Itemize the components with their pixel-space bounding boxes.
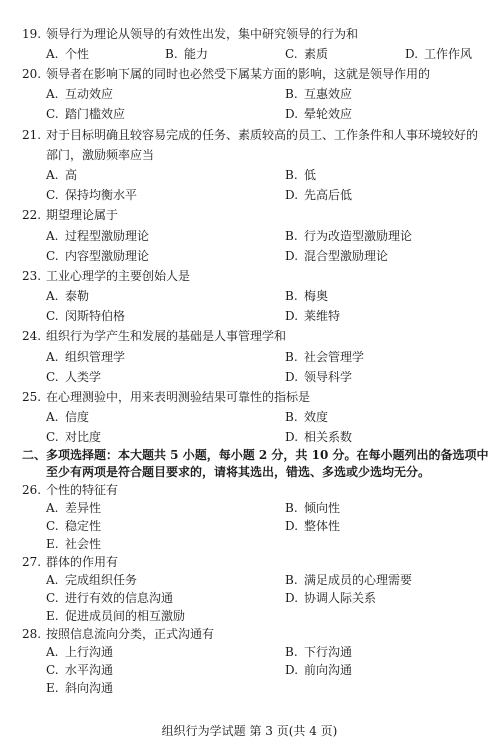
question-number: 25. xyxy=(22,389,41,405)
question-21-continued: 部门，激励频率应当 xyxy=(0,147,499,163)
options-row: C.稳定性 D.整体性 xyxy=(0,518,499,534)
question-24: 24. 组织行为学产生和发展的基础是人事管理学和 xyxy=(0,328,499,344)
option-d: D.协调人际关系 xyxy=(285,590,376,606)
options-row: A.完成组织任务 B.满足成员的心理需要 xyxy=(0,572,499,588)
option-d: D.领导科学 xyxy=(285,369,352,385)
options-row: C.内容型激励理论 D.混合型激励理论 xyxy=(0,248,499,264)
question-number: 28. xyxy=(22,626,41,642)
question-text-continued: 部门，激励频率应当 xyxy=(46,147,154,163)
section-heading-continued: 至少有两项是符合题目要求的，请将其选出，错选、多选或少选均无分。 xyxy=(0,464,499,480)
option-d: D.整体性 xyxy=(285,518,340,534)
question-19: 19. 领导行为理论从领导的有效性出发，集中研究领导的行为和 xyxy=(0,26,499,42)
question-22: 22. 期望理论属于 xyxy=(0,207,499,223)
question-text: 工业心理学的主要创始人是 xyxy=(46,268,190,284)
option-a: A.上行沟通 xyxy=(46,644,113,660)
question-text: 组织行为学产生和发展的基础是人事管理学和 xyxy=(46,328,286,344)
question-number: 23. xyxy=(22,268,41,284)
option-a: A.互动效应 xyxy=(46,86,113,102)
question-number: 26. xyxy=(22,482,41,498)
options-row: A.个性 B.能力 C.素质 D.工作作风 xyxy=(0,46,499,62)
options-row: C.保持均衡水平 D.先高后低 xyxy=(0,187,499,203)
option-c: C.对比度 xyxy=(46,429,101,445)
option-c: C.稳定性 xyxy=(46,518,101,534)
options-row: A.信度 B.效度 xyxy=(0,409,499,425)
option-a: A.过程型激励理论 xyxy=(46,228,149,244)
question-text: 领导者在影响下属的同时也必然受下属某方面的影响，这就是领导作用的 xyxy=(46,66,430,82)
options-row: A.泰勒 B.梅奥 xyxy=(0,288,499,304)
question-text: 个性的特征有 xyxy=(46,482,118,498)
option-b: B.低 xyxy=(285,167,316,183)
question-text: 按照信息流向分类，正式沟通有 xyxy=(46,626,214,642)
option-a: A.信度 xyxy=(46,409,89,425)
options-row: E.促进成员间的相互激励 xyxy=(0,608,499,624)
option-b: B.能力 xyxy=(165,46,208,62)
option-d: D.混合型激励理论 xyxy=(285,248,388,264)
option-a: A.组织管理学 xyxy=(46,349,125,365)
option-a: A.个性 xyxy=(46,46,89,62)
option-e: E.社会性 xyxy=(46,536,101,552)
option-e: E.斜向沟通 xyxy=(46,680,113,696)
options-row: A.差异性 B.倾向性 xyxy=(0,500,499,516)
section-instructions: 多项选择题：本大题共 5 小题，每小题 2 分，共 10 分。在每小题列出的备选… xyxy=(46,447,488,463)
option-e: E.促进成员间的相互激励 xyxy=(46,608,185,624)
options-row: C.踏门槛效应 D.晕轮效应 xyxy=(0,106,499,122)
option-c: C.水平沟通 xyxy=(46,662,113,678)
option-c: C.人类学 xyxy=(46,369,101,385)
options-row: C.闵斯特伯格 D.莱维特 xyxy=(0,308,499,324)
options-row: A.过程型激励理论 B.行为改造型激励理论 xyxy=(0,228,499,244)
question-text: 群体的作用有 xyxy=(46,554,118,570)
option-d: D.相关系数 xyxy=(285,429,352,445)
question-text: 对于目标明确且较容易完成的任务、素质较高的员工、工作条件和人事环境较好的 xyxy=(46,127,478,143)
option-c: C.进行有效的信息沟通 xyxy=(46,590,173,606)
options-row: C.水平沟通 D.前向沟通 xyxy=(0,662,499,678)
option-a: A.差异性 xyxy=(46,500,101,516)
question-20: 20. 领导者在影响下属的同时也必然受下属某方面的影响，这就是领导作用的 xyxy=(0,66,499,82)
options-row: A.互动效应 B.互惠效应 xyxy=(0,86,499,102)
question-number: 24. xyxy=(22,328,41,344)
option-b: B.下行沟通 xyxy=(285,644,352,660)
option-a: A.高 xyxy=(46,167,77,183)
option-b: B.互惠效应 xyxy=(285,86,352,102)
question-27: 27. 群体的作用有 xyxy=(0,554,499,570)
question-26: 26. 个性的特征有 xyxy=(0,482,499,498)
section-number: 二、 xyxy=(22,447,46,463)
question-number: 21. xyxy=(22,127,41,143)
question-28: 28. 按照信息流向分类，正式沟通有 xyxy=(0,626,499,642)
options-row: A.组织管理学 B.社会管理学 xyxy=(0,349,499,365)
page-footer: 组织行为学试题 第 3 页(共 4 页) xyxy=(0,722,499,739)
section-instructions-continued: 至少有两项是符合题目要求的，请将其选出，错选、多选或少选均无分。 xyxy=(46,464,430,480)
option-b: B.满足成员的心理需要 xyxy=(285,572,412,588)
question-21: 21. 对于目标明确且较容易完成的任务、素质较高的员工、工作条件和人事环境较好的 xyxy=(0,127,499,143)
question-number: 20. xyxy=(22,66,41,82)
options-row: C.人类学 D.领导科学 xyxy=(0,369,499,385)
option-b: B.社会管理学 xyxy=(285,349,364,365)
options-row: A.上行沟通 B.下行沟通 xyxy=(0,644,499,660)
question-text: 领导行为理论从领导的有效性出发，集中研究领导的行为和 xyxy=(46,26,358,42)
option-d: D.晕轮效应 xyxy=(285,106,352,122)
option-a: A.完成组织任务 xyxy=(46,572,137,588)
question-number: 22. xyxy=(22,207,41,223)
option-b: B.倾向性 xyxy=(285,500,340,516)
options-row: E.社会性 xyxy=(0,536,499,552)
question-number: 19. xyxy=(22,26,41,42)
option-b: B.效度 xyxy=(285,409,328,425)
question-23: 23. 工业心理学的主要创始人是 xyxy=(0,268,499,284)
exam-page: 19. 领导行为理论从领导的有效性出发，集中研究领导的行为和 A.个性 B.能力… xyxy=(0,0,499,756)
question-number: 27. xyxy=(22,554,41,570)
question-text: 在心理测验中，用来表明测验结果可靠性的指标是 xyxy=(46,389,310,405)
option-c: C.保持均衡水平 xyxy=(46,187,137,203)
option-d: D.前向沟通 xyxy=(285,662,352,678)
option-b: B.梅奥 xyxy=(285,288,328,304)
section-heading: 二、 多项选择题：本大题共 5 小题，每小题 2 分，共 10 分。在每小题列出… xyxy=(0,447,499,463)
option-c: C.素质 xyxy=(285,46,328,62)
question-25: 25. 在心理测验中，用来表明测验结果可靠性的指标是 xyxy=(0,389,499,405)
option-a: A.泰勒 xyxy=(46,288,89,304)
option-d: D.先高后低 xyxy=(285,187,352,203)
options-row: E.斜向沟通 xyxy=(0,680,499,696)
options-row: A.高 B.低 xyxy=(0,167,499,183)
option-b: B.行为改造型激励理论 xyxy=(285,228,412,244)
question-text: 期望理论属于 xyxy=(46,207,118,223)
option-c: C.内容型激励理论 xyxy=(46,248,149,264)
option-d: D.莱维特 xyxy=(285,308,340,324)
option-c: C.踏门槛效应 xyxy=(46,106,125,122)
option-c: C.闵斯特伯格 xyxy=(46,308,125,324)
options-row: C.进行有效的信息沟通 D.协调人际关系 xyxy=(0,590,499,606)
option-d: D.工作作风 xyxy=(405,46,472,62)
options-row: C.对比度 D.相关系数 xyxy=(0,429,499,445)
